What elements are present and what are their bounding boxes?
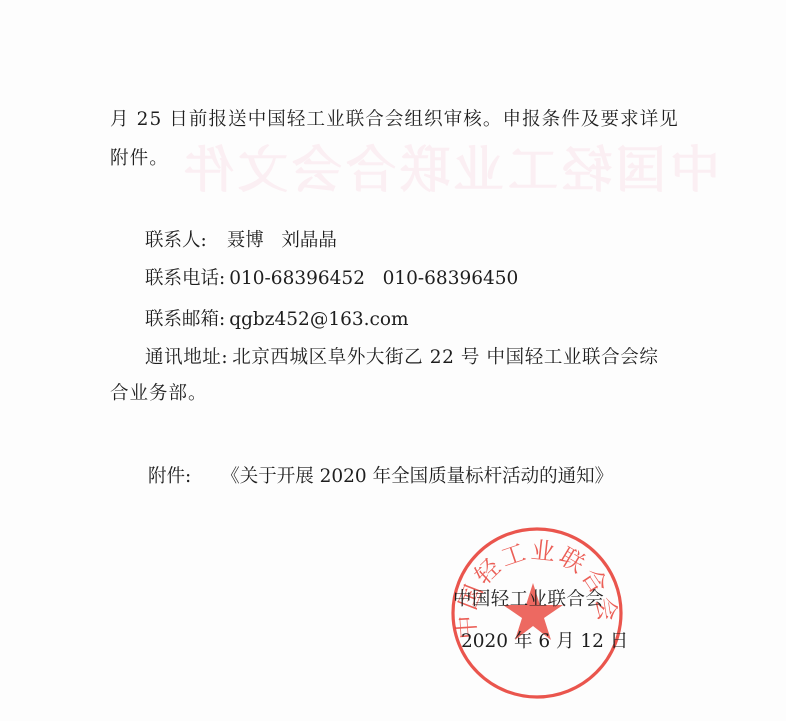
document-page: 中国轻工业联合会文件 月 25 日前报送中国轻工业联合会组织审核。申报条件及要求… xyxy=(0,0,786,721)
contact-phone: 联系电话:010-68396452 010-68396450 xyxy=(145,268,518,290)
contact-email-value: qgbz452@163.com xyxy=(229,309,408,330)
attachment-title: 《关于开展 2020 年全国质量标杆活动的通知》 xyxy=(221,466,613,487)
contact-address-continued: 合业务部。 xyxy=(110,383,208,405)
official-seal-icon: 中国轻工业联合会 xyxy=(449,525,625,701)
contact-address: 通讯地址:北京西城区阜外大街乙 22 号 中国轻工业联合会综 xyxy=(145,347,658,369)
bleed-through-header: 中国轻工业联合会文件 xyxy=(180,140,720,200)
attachment-label: 附件: xyxy=(148,466,191,487)
contact-address-value: 北京西城区阜外大街乙 22 号 中国轻工业联合会综 xyxy=(232,347,658,368)
paragraph-line-2: 附件。 xyxy=(110,148,169,170)
contact-address-label: 通讯地址: xyxy=(145,347,228,368)
contact-person: 联系人:聂博 刘晶晶 xyxy=(145,230,337,252)
contact-phone-value: 010-68396452 010-68396450 xyxy=(229,268,518,289)
contact-person-value: 聂博 刘晶晶 xyxy=(227,230,337,251)
contact-email: 联系邮箱:qgbz452@163.com xyxy=(145,309,409,331)
contact-phone-label: 联系电话: xyxy=(145,268,225,289)
paragraph-line-1: 月 25 日前报送中国轻工业联合会组织审核。申报条件及要求详见 xyxy=(110,109,679,131)
contact-email-label: 联系邮箱: xyxy=(145,309,225,330)
contact-person-label: 联系人: xyxy=(145,230,207,251)
attachment: 附件:《关于开展 2020 年全国质量标杆活动的通知》 xyxy=(148,466,613,488)
signature-date: 2020 年 6 月 12 日 xyxy=(461,631,628,653)
signature-organization: 中国轻工业联合会 xyxy=(453,589,604,611)
